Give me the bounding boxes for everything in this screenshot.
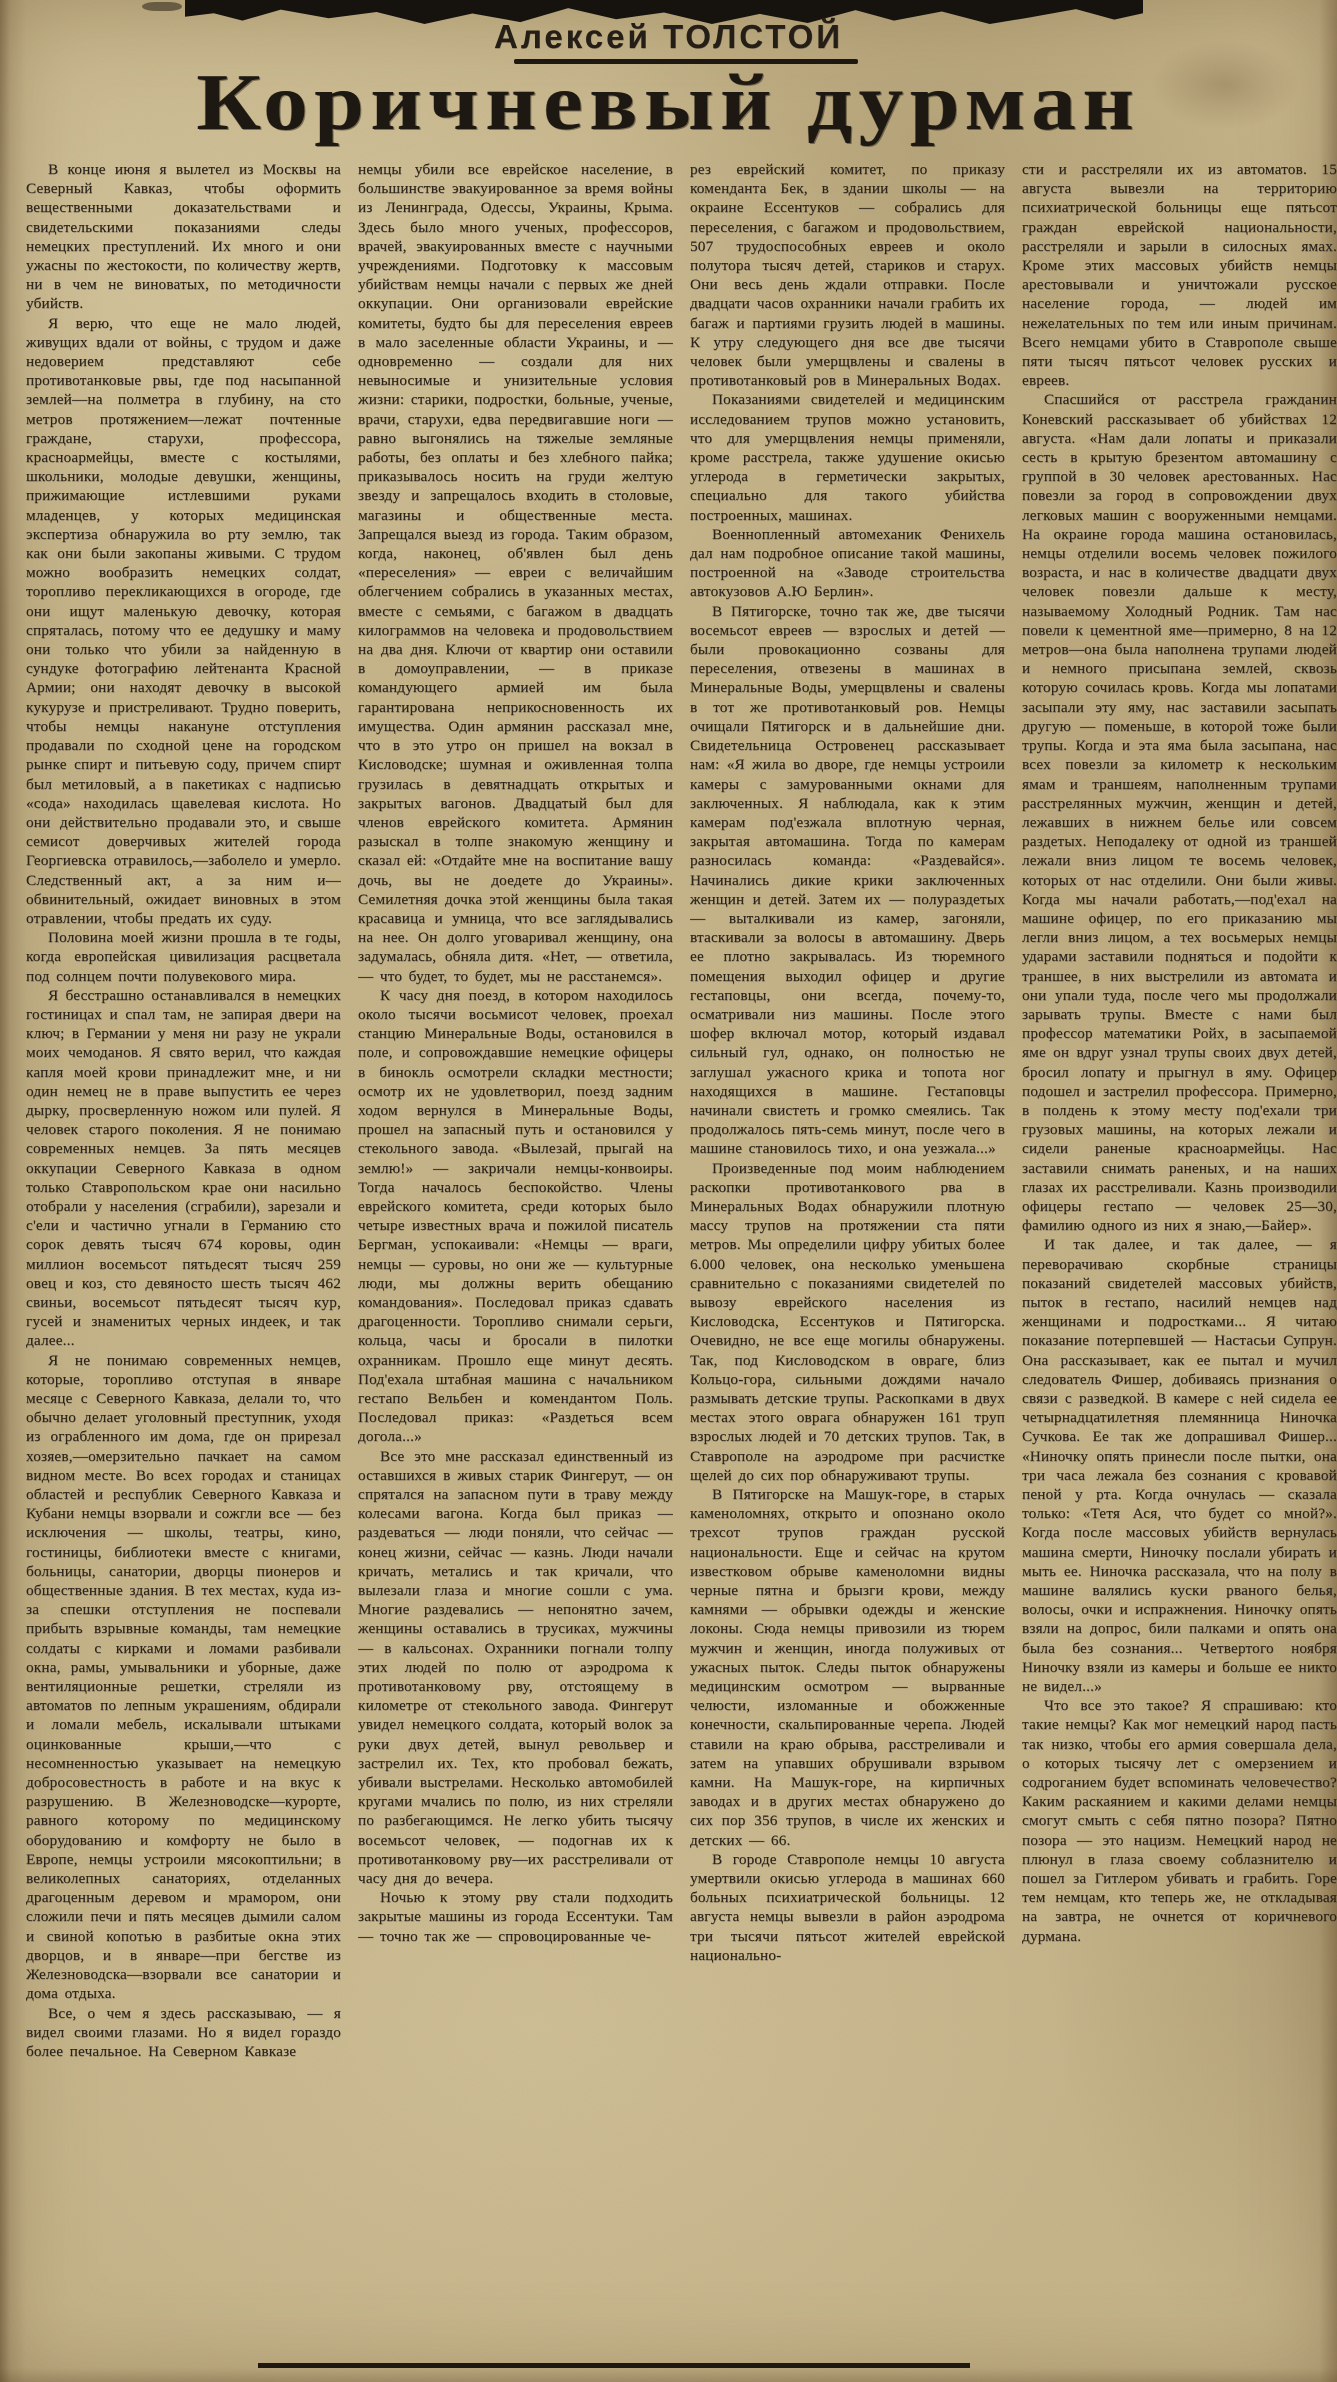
ink-smudge xyxy=(142,2,182,11)
article-paragraph: Произведенные под моим наблюдением раско… xyxy=(690,1159,1005,1485)
article-author: Алексей ТОЛСТОЙ xyxy=(0,18,1337,56)
article-paragraph: Ночью к этому рву стали подходить закрыт… xyxy=(358,1888,673,1946)
article-paragraph: Все, о чем я здесь рассказываю, — я виде… xyxy=(26,2004,341,2062)
article-paragraph: Спасшийся от расстрела гражданин Коневск… xyxy=(1022,390,1337,1235)
article-paragraph: И так далее, и так далее, — я переворачи… xyxy=(1022,1235,1337,1696)
article-end-rule xyxy=(258,2363,970,2368)
article-paragraph: Что все это такое? Я спрашиваю: кто таки… xyxy=(1022,1696,1337,1946)
article-paragraph: Я верю, что еще не мало людей, живущих в… xyxy=(26,314,341,929)
article-body: В конце июня я вылетел из Москвы на Севе… xyxy=(26,160,1337,2368)
text-column-4: сти и расстреляли их из автоматов. 15 ав… xyxy=(1022,160,1337,2368)
article-paragraph: сти и расстреляли их из автоматов. 15 ав… xyxy=(1022,160,1337,390)
article-paragraph: Военнопленный автомеханик Фенихель дал н… xyxy=(690,525,1005,602)
article-paragraph: Показаниями свидетелей и медицинским исс… xyxy=(690,390,1005,524)
newspaper-page: Алексей ТОЛСТОЙ Коричневый дурман В конц… xyxy=(0,0,1337,2382)
article-paragraph: В конце июня я вылетел из Москвы на Севе… xyxy=(26,160,341,314)
article-paragraph: рез еврейский комитет, по приказу коменд… xyxy=(690,160,1005,390)
article-paragraph: В городе Ставрополе немцы 10 августа уме… xyxy=(690,1850,1005,1965)
text-column-2: немцы убили все еврейское население, в б… xyxy=(358,160,673,2368)
article-paragraph: Все это мне рассказал единственный из ос… xyxy=(358,1447,673,1889)
article-paragraph: В Пятигорске, точно так же, две тысячи в… xyxy=(690,602,1005,1159)
text-column-1: В конце июня я вылетел из Москвы на Севе… xyxy=(26,160,341,2368)
article-paragraph: В Пятигорске на Машук-горе, в старых кам… xyxy=(690,1485,1005,1850)
article-paragraph: Я бесстрашно останавливался в немецких г… xyxy=(26,986,341,1351)
article-title: Коричневый дурман xyxy=(0,62,1337,143)
article-paragraph: Половина моей жизни прошла в те годы, ко… xyxy=(26,928,341,986)
article-paragraph: немцы убили все еврейское население, в б… xyxy=(358,160,673,986)
article-paragraph: Я не понимаю современных немцев, которые… xyxy=(26,1351,341,2004)
article-paragraph: К часу дня поезд, в котором находилось о… xyxy=(358,986,673,1447)
text-column-3: рез еврейский комитет, по приказу коменд… xyxy=(690,160,1005,2368)
